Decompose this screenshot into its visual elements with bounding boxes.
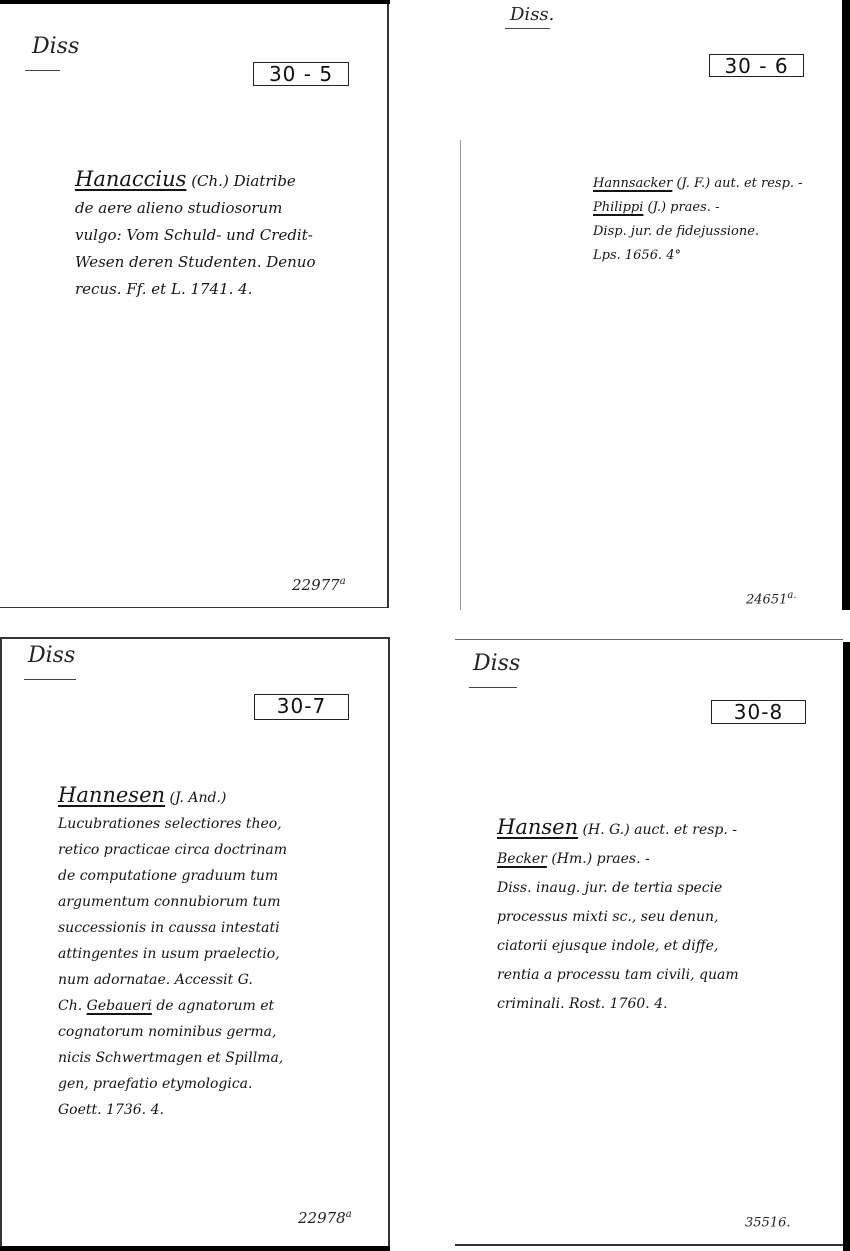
diss-underline [469,687,517,688]
catalog-entry: Hansen (H. G.) auct. et resp. - Becker (… [497,813,842,1019]
accession-value: 24651 [746,592,787,607]
entry-line: cognatorum nominibus germa, [58,1019,378,1045]
catalog-card-3: Diss 30-7 Hannesen (J. And.) Lucubration… [0,637,390,1246]
entry-line: gen, praefatio etymologica. [58,1071,378,1097]
author-name: Hannsacker [593,176,672,191]
scan-border-right-top [842,0,850,610]
card-edge-top [455,639,843,640]
scan-border-right-bottom [843,642,850,1251]
entry-line: rentia a processu tam civili, quam [497,961,842,990]
entry-line: de computatione graduum tum [58,863,378,889]
praeses-name: Becker [497,851,547,867]
catalog-card-1: Diss 30 - 5 Hanaccius (Ch.) Diatribe de … [0,4,388,608]
entry-line: retico practicae circa doctrinam [58,837,378,863]
diss-underline [505,28,550,29]
heading-rest: (J. And.) [165,790,226,806]
accession-value: 22977 [292,576,340,594]
catalog-entry: Hanaccius (Ch.) Diatribe de aere alieno … [75,166,375,303]
praeses-name: Philippi [593,200,643,215]
underlined-name: Gebaueri [87,998,152,1014]
card-edge-bottom [0,607,388,608]
diss-underline [24,679,76,680]
accession-value: 22978 [298,1209,346,1227]
catalog-card-4: Diss 30-8 Hansen (H. G.) auct. et resp. … [455,639,843,1246]
diss-underline [25,70,60,71]
call-number-box: 30-8 [711,700,806,724]
card-edge-top [0,637,390,639]
call-number-box: 30 - 5 [253,62,349,86]
entry-line: argumentum connubiorum tum [58,889,378,915]
call-number-box: 30-7 [254,694,349,720]
accession-number: 35516. [745,1213,791,1230]
entry-line: recus. Ff. et L. 1741. 4. [75,276,375,303]
entry-line: Diss. inaug. jur. de tertia specie [497,874,842,903]
accession-number: 24651a. [746,590,797,607]
author-name: Hannesen [58,783,165,807]
entry-line: Wesen deren Studenten. Denuo [75,249,375,276]
accession-suffix: a. [787,590,796,601]
call-number-box: 30 - 6 [709,54,804,77]
card-edge-left [460,140,461,610]
entry-line: ciatorii ejusque indole, et diffe, [497,932,842,961]
card-edge-right [388,637,390,1246]
heading-rest: (Ch.) Diatribe [186,172,295,190]
heading-rest: (J. F.) aut. et resp. - [672,176,802,191]
entry-line: nicis Schwertmagen et Spillma, [58,1045,378,1071]
catalog-entry: Hannesen (J. And.) Lucubrationes selecti… [58,782,378,1123]
entry-line: de aere alieno studiosorum [75,195,375,222]
entry-line: Disp. jur. de fidejussione. [593,220,850,244]
catalog-entry: Hannsacker (J. F.) aut. et resp. - Phili… [593,172,850,268]
entry-line: Lucubrationes selectiores theo, [58,811,378,837]
entry-line: successionis in caussa intestati [58,915,378,941]
entry-line: attingentes in usum praelectio, [58,941,378,967]
accession-suffix: a [346,1209,352,1220]
second-rest: (Hm.) praes. - [547,851,650,867]
card-edge-left [0,637,2,1246]
diss-label: Diss [32,34,79,59]
accession-value: 35516. [745,1215,791,1230]
entry-line-with-underline: Ch. Gebaueri de agnatorum et [58,993,378,1019]
second-rest: (J.) praes. - [643,200,719,215]
entry-line: processus mixti sc., seu denun, [497,903,842,932]
entry-line: Goett. 1736. 4. [58,1097,378,1123]
diss-label: Diss [473,651,520,676]
heading-rest: (H. G.) auct. et resp. - [578,822,737,838]
entry-line: vulgo: Vom Schuld- und Credit- [75,222,375,249]
card-edge-right [387,4,389,608]
scan-border-bottom-left [0,1246,390,1251]
catalog-card-2: Diss. 30 - 6 Hannsacker (J. F.) aut. et … [460,0,842,610]
entry-line: num adornatae. Accessit G. [58,967,378,993]
entry-line: Lps. 1656. 4° [593,244,850,268]
accession-suffix: a [340,576,346,587]
diss-label: Diss. [510,4,554,25]
card-edge-bottom [455,1244,843,1246]
entry-line: criminali. Rost. 1760. 4. [497,990,842,1019]
accession-number: 22977a [292,576,346,594]
author-name: Hansen [497,815,578,839]
accession-number: 22978a [298,1209,352,1227]
diss-label: Diss [28,643,75,668]
author-name: Hanaccius [75,167,186,191]
